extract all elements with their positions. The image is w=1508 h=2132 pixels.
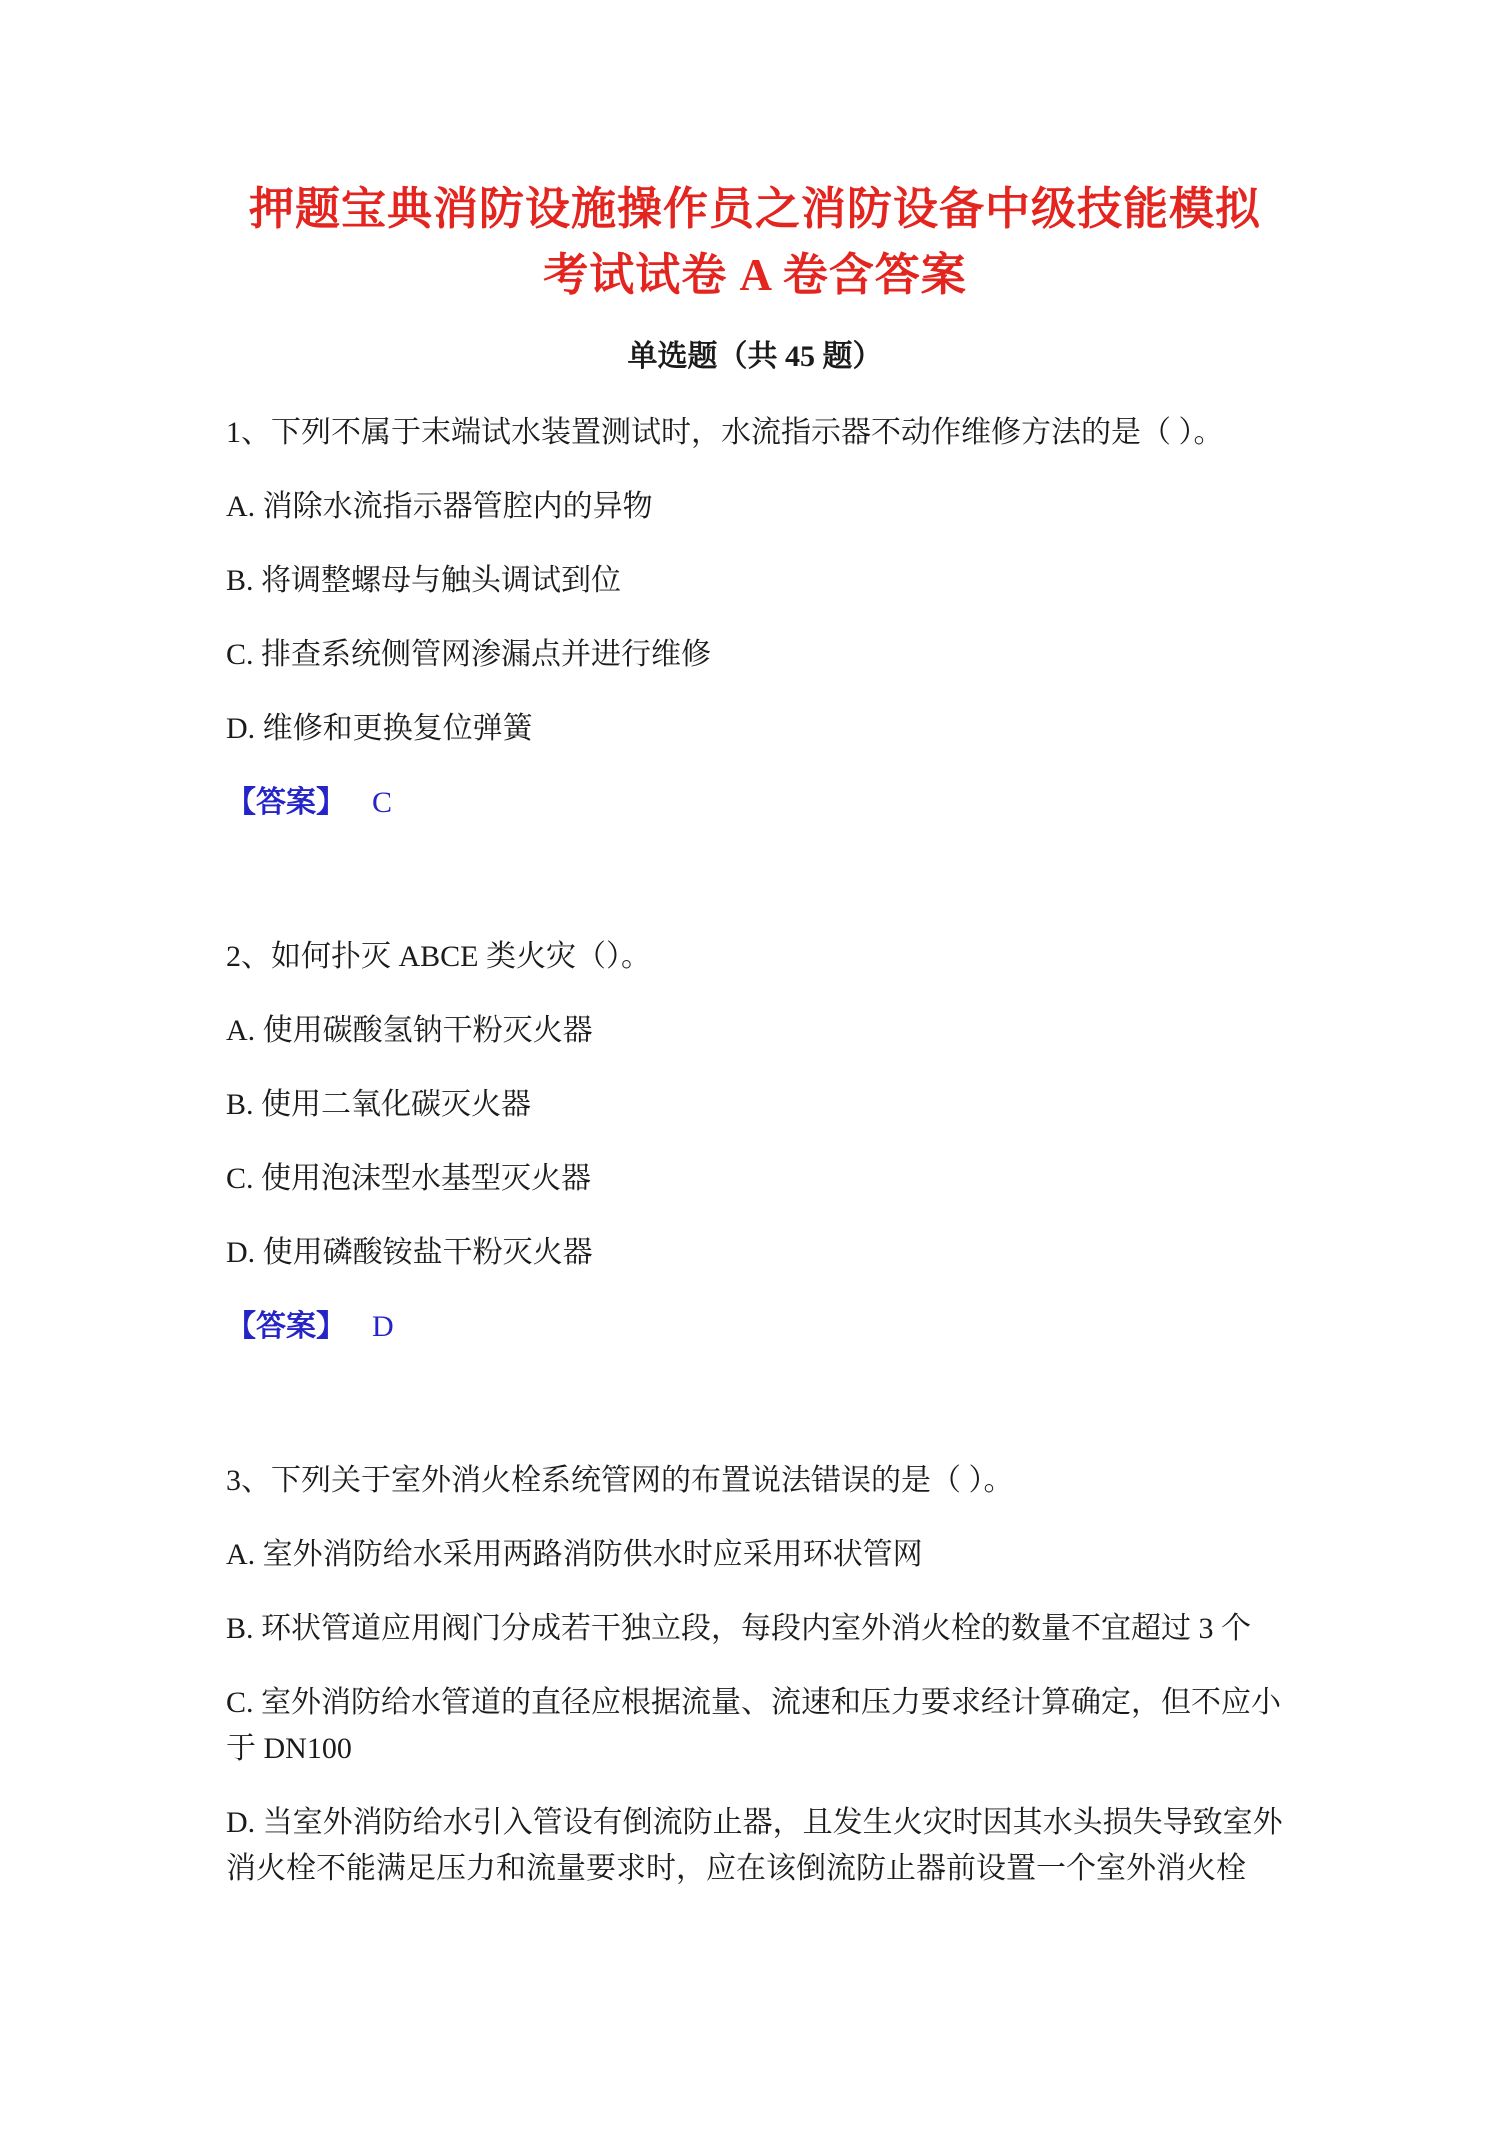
exam-document-page: 押题宝典消防设施操作员之消防设备中级技能模拟 考试试卷 A 卷含答案 单选题（共… bbox=[0, 0, 1508, 2132]
question-stem: 2、如何扑灭 ABCE 类火灾（）。 bbox=[226, 934, 1284, 980]
question-option: B. 使用二氧化碳灭火器 bbox=[226, 1082, 1284, 1128]
question-option: A. 室外消防给水采用两路消防供水时应采用环状管网 bbox=[226, 1532, 1284, 1578]
answer-label: 【答案】 bbox=[226, 1310, 346, 1343]
question-block: 2、如何扑灭 ABCE 类火灾（）。 A. 使用碳酸氢钠干粉灭火器B. 使用二氧… bbox=[226, 934, 1284, 1350]
question-option: A. 使用碳酸氢钠干粉灭火器 bbox=[226, 1008, 1284, 1054]
question-option: A. 消除水流指示器管腔内的异物 bbox=[226, 484, 1284, 530]
question-option: D. 当室外消防给水引入管设有倒流防止器，且发生火灾时因其水头损失导致室外消火栓… bbox=[226, 1800, 1284, 1892]
question-option: B. 将调整螺母与触头调试到位 bbox=[226, 558, 1284, 604]
answer-line: 【答案】D bbox=[226, 1304, 1284, 1350]
question-stem: 3、下列关于室外消火栓系统管网的布置说法错误的是（ ）。 bbox=[226, 1458, 1284, 1504]
question-option: D. 使用磷酸铵盐干粉灭火器 bbox=[226, 1230, 1284, 1276]
document-title: 押题宝典消防设施操作员之消防设备中级技能模拟 考试试卷 A 卷含答案 bbox=[226, 176, 1284, 308]
question-stem: 1、下列不属于末端试水装置测试时，水流指示器不动作维修方法的是（ ）。 bbox=[226, 410, 1284, 456]
document-title-line-2: 考试试卷 A 卷含答案 bbox=[226, 242, 1284, 308]
question-option: B. 环状管道应用阀门分成若干独立段，每段内室外消火栓的数量不宜超过 3 个 bbox=[226, 1606, 1284, 1652]
answer-value: C bbox=[372, 780, 392, 826]
document-header: 押题宝典消防设施操作员之消防设备中级技能模拟 考试试卷 A 卷含答案 单选题（共… bbox=[226, 176, 1284, 380]
answer-label: 【答案】 bbox=[226, 786, 346, 819]
section-heading: 单选题（共 45 题） bbox=[226, 334, 1284, 380]
question-block: 3、下列关于室外消火栓系统管网的布置说法错误的是（ ）。 A. 室外消防给水采用… bbox=[226, 1458, 1284, 1892]
question-option: C. 室外消防给水管道的直径应根据流量、流速和压力要求经计算确定，但不应小于 D… bbox=[226, 1680, 1284, 1772]
document-title-line-1: 押题宝典消防设施操作员之消防设备中级技能模拟 bbox=[226, 176, 1284, 242]
answer-line: 【答案】C bbox=[226, 780, 1284, 826]
question-option: C. 使用泡沫型水基型灭火器 bbox=[226, 1156, 1284, 1202]
question-option: D. 维修和更换复位弹簧 bbox=[226, 706, 1284, 752]
answer-value: D bbox=[372, 1304, 394, 1350]
question-block: 1、下列不属于末端试水装置测试时，水流指示器不动作维修方法的是（ ）。 A. 消… bbox=[226, 410, 1284, 826]
question-option: C. 排查系统侧管网渗漏点并进行维修 bbox=[226, 632, 1284, 678]
question-list: 1、下列不属于末端试水装置测试时，水流指示器不动作维修方法的是（ ）。 A. 消… bbox=[226, 410, 1284, 1892]
